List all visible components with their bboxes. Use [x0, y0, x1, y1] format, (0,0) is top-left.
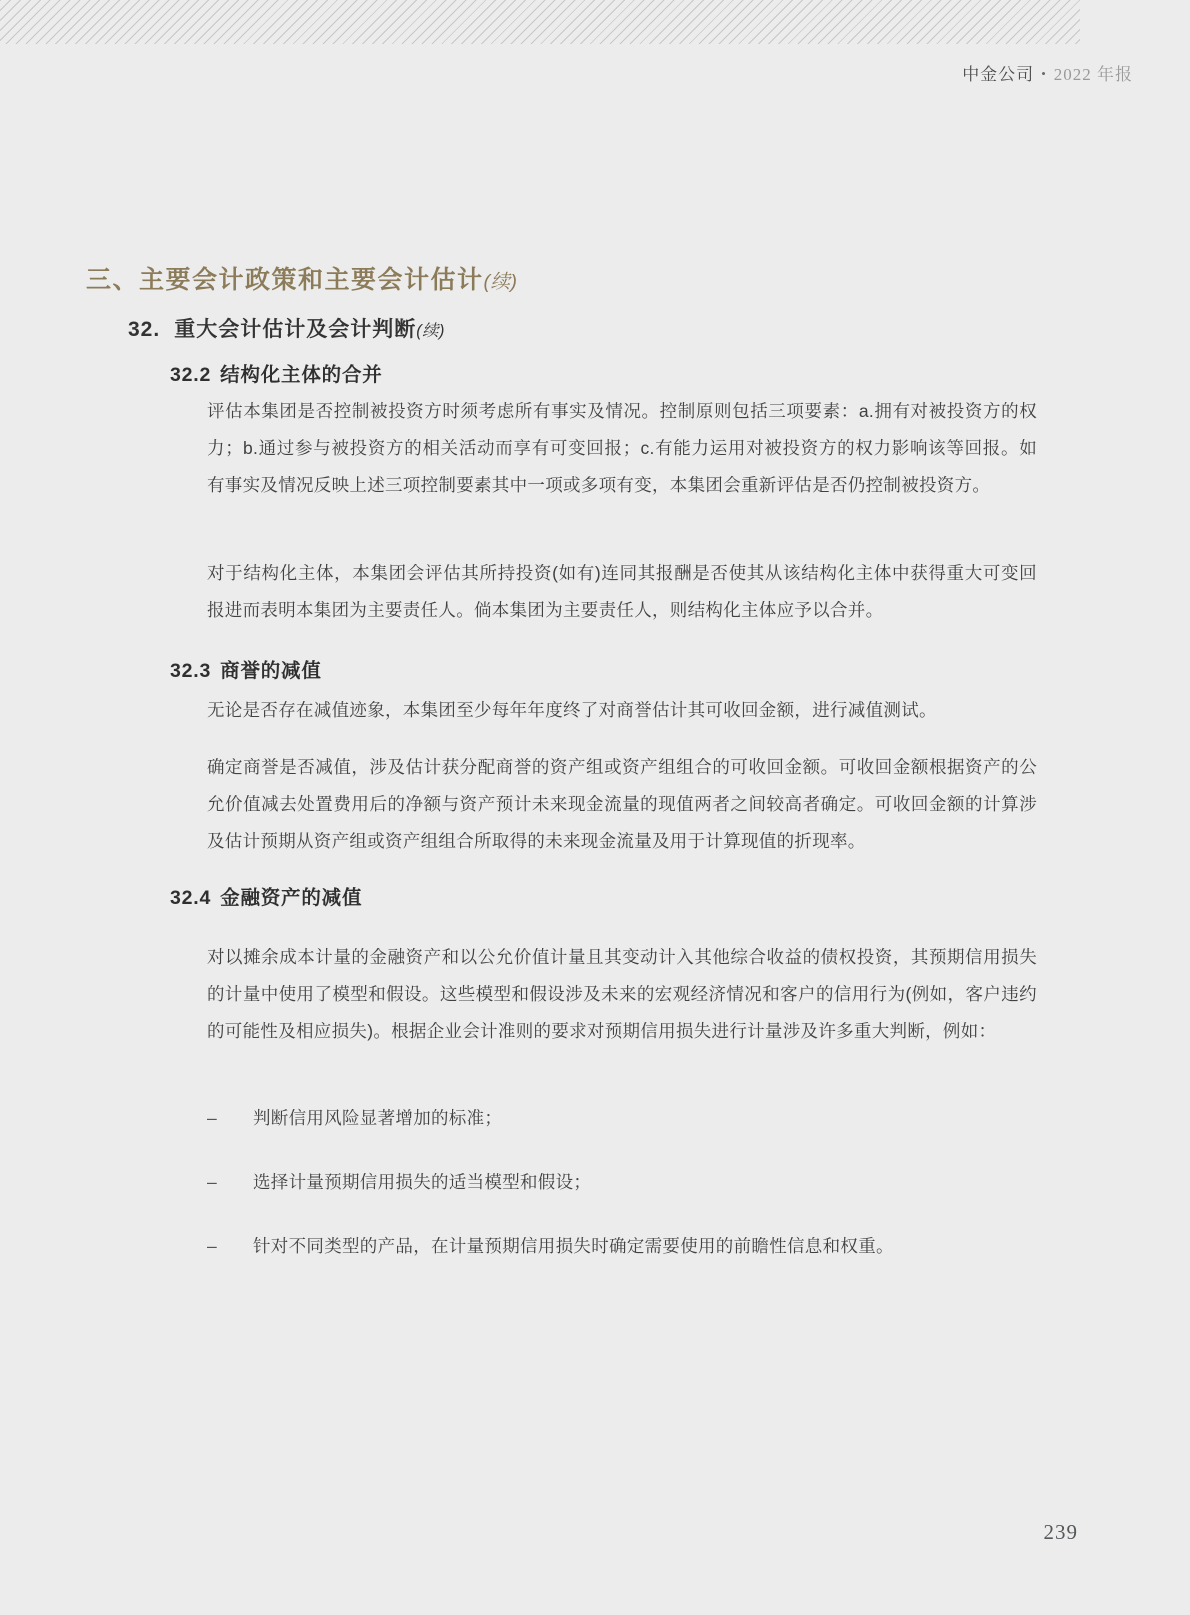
- paragraph: 确定商誉是否减值，涉及估计获分配商誉的资产组或资产组组合的可收回金额。可收回金额…: [207, 749, 1037, 860]
- report-page: 中金公司•2022 年报 三、主要会计政策和主要会计估计(续) 32.重大会计估…: [0, 0, 1190, 1615]
- section-title: 重大会计估计及会计判断: [174, 318, 416, 341]
- paragraph: 对于结构化主体，本集团会评估其所持投资(如有)连同其报酬是否使其从该结构化主体中…: [207, 555, 1037, 629]
- section-continued-suffix: (续): [416, 322, 445, 340]
- list-item: – 判断信用风险显著增加的标准；: [207, 1100, 1037, 1137]
- subsection-32-3-heading: 32.3商誉的减值: [170, 655, 322, 683]
- section-number: 32.: [128, 318, 160, 341]
- paragraph: 无论是否存在减值迹象，本集团至少每年年度终了对商誉估计其可收回金额，进行减值测试…: [207, 692, 1037, 729]
- subsection-32-4-title: 金融资产的减值: [220, 887, 362, 909]
- subsection-32-3-number: 32.3: [170, 660, 211, 682]
- subsection-32-2-title: 结构化主体的合并: [220, 364, 382, 386]
- list-item: – 针对不同类型的产品，在计量预期信用损失时确定需要使用的前瞻性信息和权重。: [207, 1228, 1037, 1265]
- chapter-heading: 三、主要会计政策和主要会计估计(续): [86, 260, 518, 296]
- dash-bullet-marker: –: [207, 1164, 253, 1201]
- dash-bullet-marker: –: [207, 1100, 253, 1137]
- list-item: – 选择计量预期信用损失的适当模型和假设；: [207, 1164, 1037, 1201]
- page-header: 中金公司•2022 年报: [962, 60, 1133, 85]
- chapter-heading-continued-suffix: (续): [484, 271, 518, 293]
- dash-bullet-marker: –: [207, 1228, 253, 1265]
- subsection-32-4-heading: 32.4金融资产的减值: [170, 882, 362, 910]
- list-item-text: 针对不同类型的产品，在计量预期信用损失时确定需要使用的前瞻性信息和权重。: [253, 1228, 1037, 1265]
- list-item-text: 选择计量预期信用损失的适当模型和假设；: [253, 1164, 1037, 1201]
- paragraph: 评估本集团是否控制被投资方时须考虑所有事实及情况。控制原则包括三项要素：a.拥有…: [207, 393, 1037, 504]
- chapter-heading-text: 三、主要会计政策和主要会计估计: [86, 266, 484, 294]
- list-item-text: 判断信用风险显著增加的标准；: [253, 1100, 1037, 1137]
- page-number: 239: [1044, 1520, 1079, 1545]
- subsection-32-2-number: 32.2: [170, 364, 211, 386]
- subsection-32-4-number: 32.4: [170, 887, 211, 909]
- header-bullet-separator: •: [1034, 66, 1054, 81]
- paragraph: 对以摊余成本计量的金融资产和以公允价值计量且其变动计入其他综合收益的债权投资，其…: [207, 939, 1037, 1050]
- subsection-32-2-heading: 32.2结构化主体的合并: [170, 359, 383, 387]
- company-name: 中金公司: [962, 65, 1034, 84]
- section-32-heading: 32.重大会计估计及会计判断(续): [128, 313, 445, 343]
- diagonal-hatch-band: [0, 0, 1080, 44]
- report-year-label: 2022 年报: [1054, 65, 1133, 84]
- subsection-32-3-title: 商誉的减值: [220, 660, 322, 682]
